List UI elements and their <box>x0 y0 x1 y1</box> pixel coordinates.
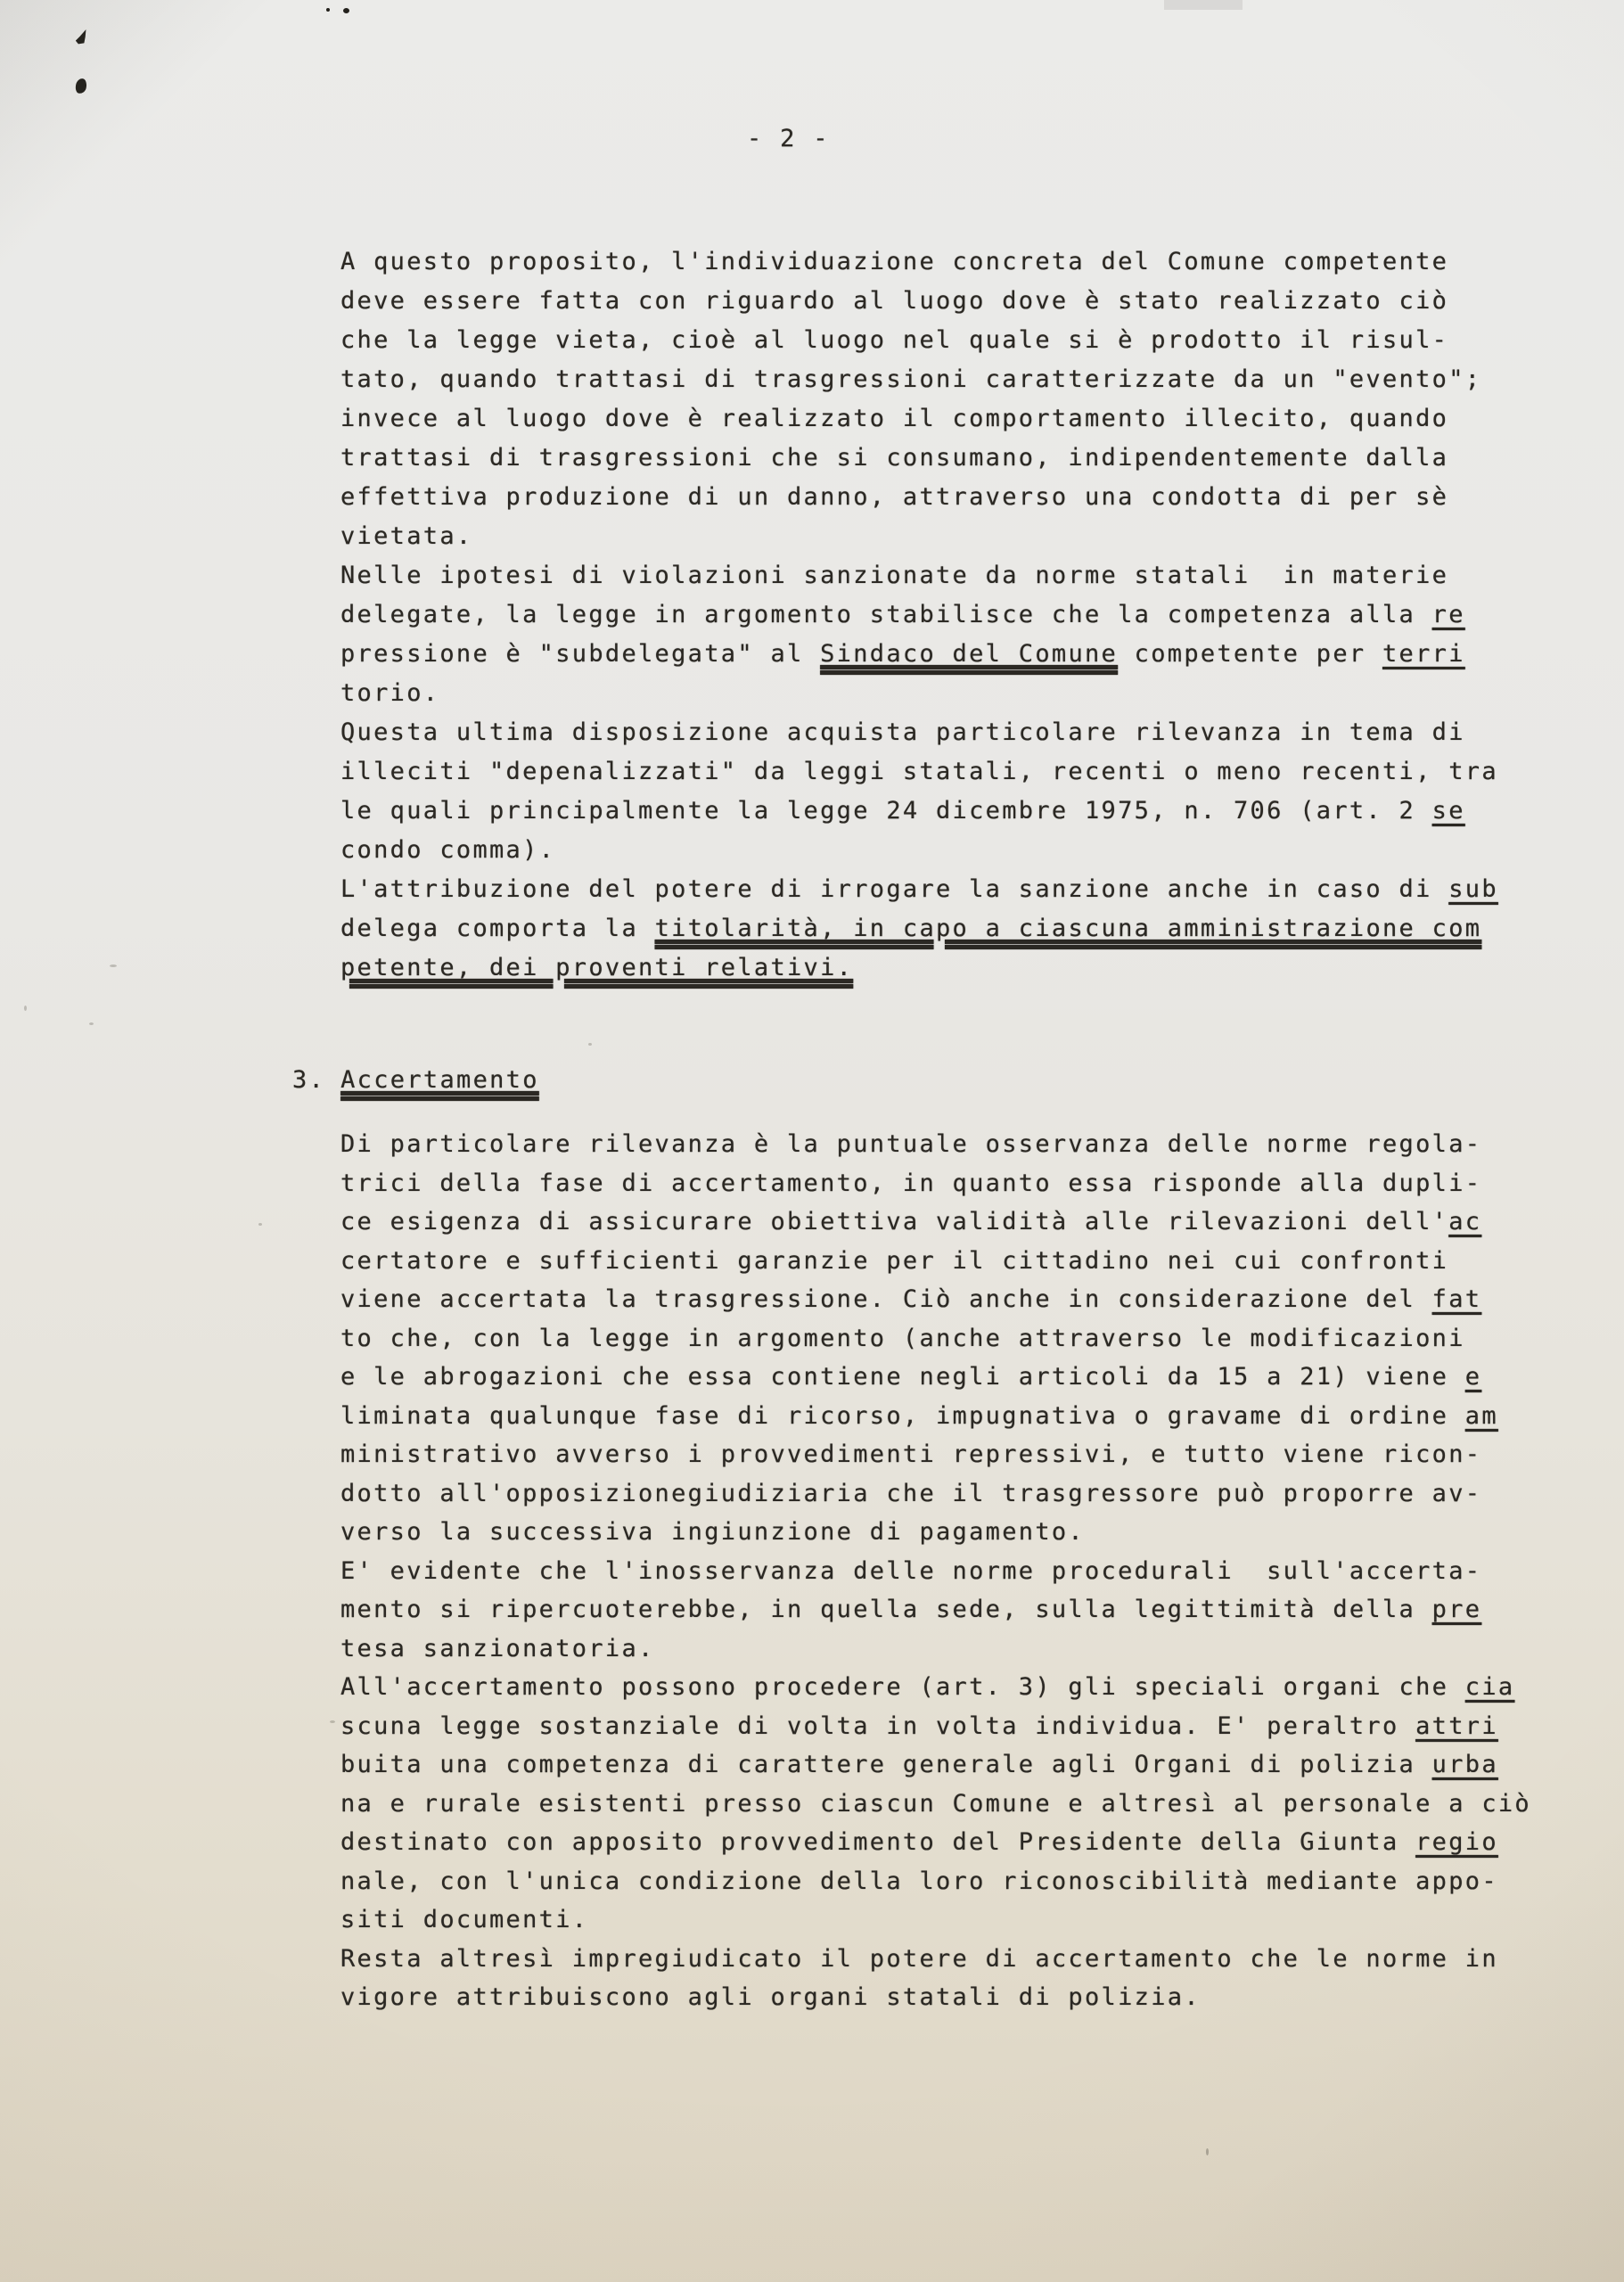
section-title: Accertamento <box>340 1066 539 1094</box>
text-line: scuna legge sostanziale di volta in volt… <box>340 1707 1531 1746</box>
text-segment: tato, quando trattasi di trasgressioni c… <box>340 365 1481 393</box>
text-segment: dotto all'opposizionegiudiziaria che il … <box>340 1480 1481 1507</box>
text-line: trattasi di trasgressioni che si consuma… <box>340 439 1498 478</box>
text-line: viene accertata la trasgressione. Ciò an… <box>340 1280 1531 1319</box>
text-line: tato, quando trattasi di trasgressioni c… <box>340 360 1498 399</box>
dust-speck <box>258 1223 262 1226</box>
text-line: Nelle ipotesi di violazioni sanzionate d… <box>340 556 1498 595</box>
text-segment: certatore e sufficienti garanzie per il … <box>340 1247 1448 1275</box>
text-line: vietata. <box>340 517 1498 556</box>
text-line: dotto all'opposizionegiudiziaria che il … <box>340 1474 1531 1514</box>
text-line: Questa ultima disposizione acquista part… <box>340 713 1498 752</box>
text-segment: siti documenti. <box>340 1906 588 1933</box>
text-segment: ministrativo avverso i provvedimenti rep… <box>340 1441 1481 1468</box>
text-line: invece al luogo dove è realizzato il com… <box>340 399 1498 439</box>
section-heading: 3.Accertamento <box>292 1061 539 1100</box>
scan-edge-patch <box>1164 0 1243 10</box>
text-line: buita una competenza di carattere genera… <box>340 1745 1531 1785</box>
text-segment: A questo proposito, l'individuazione con… <box>340 248 1448 275</box>
underlined-text-segment: urba <box>1432 1751 1498 1778</box>
dust-speck <box>330 1720 335 1723</box>
dust-speck <box>588 1043 592 1046</box>
ink-mark <box>73 29 90 45</box>
text-segment: na e rurale esistenti presso ciascun Com… <box>340 1790 1531 1818</box>
text-segment: che la legge vieta, cioè al luogo nel qu… <box>340 326 1448 354</box>
text-segment: invece al luogo dove è realizzato il com… <box>340 405 1448 432</box>
text-segment: le quali principalmente la legge 24 dice… <box>340 797 1432 825</box>
text-line: e le abrogazioni che essa contiene negli… <box>340 1358 1531 1397</box>
text-line: trici della fase di accertamento, in qua… <box>340 1164 1531 1203</box>
dust-speck <box>1206 2148 1209 2155</box>
text-line: delega comporta la titolarità, in capo a… <box>340 909 1498 948</box>
underlined-text-segment: Sindaco del Comune <box>820 640 1118 668</box>
text-line: pressione è "subdelegata" al Sindaco del… <box>340 635 1498 674</box>
underlined-text-segment: attri <box>1415 1712 1498 1740</box>
text-line: E' evidente che l'inosservanza delle nor… <box>340 1552 1531 1591</box>
text-line: le quali principalmente la legge 24 dice… <box>340 792 1498 831</box>
text-line: ce esigenza di assicurare obiettiva vali… <box>340 1203 1531 1242</box>
text-line: condo comma). <box>340 831 1498 870</box>
underlined-text-segment: terri <box>1382 640 1465 668</box>
text-segment: trici della fase di accertamento, in qua… <box>340 1170 1481 1197</box>
text-line: torio. <box>340 674 1498 713</box>
text-segment: E' evidente che l'inosservanza delle nor… <box>340 1557 1481 1585</box>
text-line: delegate, la legge in argomento stabilis… <box>340 595 1498 635</box>
dust-speck <box>110 965 117 967</box>
underlined-text-segment: sub <box>1448 875 1498 903</box>
paragraph-block-accertamento: Di particolare rilevanza è la puntuale o… <box>340 1125 1531 2017</box>
dust-speck <box>89 1022 94 1025</box>
text-segment: buita una competenza di carattere genera… <box>340 1751 1432 1778</box>
text-line: to che, con la legge in argomento (anche… <box>340 1319 1531 1359</box>
text-segment: to che, con la legge in argomento (anche… <box>340 1325 1465 1352</box>
text-segment: effettiva produzione di un danno, attrav… <box>340 483 1448 511</box>
underlined-text-segment: e <box>1465 1363 1482 1391</box>
section-number: 3. <box>292 1066 325 1094</box>
text-segment: pressione è "subdelegata" al <box>340 640 820 668</box>
text-line: deve essere fatta con riguardo al luogo … <box>340 282 1498 321</box>
text-line: mento si ripercuoterebbe, in quella sede… <box>340 1590 1531 1629</box>
text-line: verso la successiva ingiunzione di pagam… <box>340 1513 1531 1552</box>
text-segment: All'accertamento possono procedere (art.… <box>340 1673 1465 1701</box>
text-line: effettiva produzione di un danno, attrav… <box>340 478 1498 517</box>
text-segment: torio. <box>340 679 439 707</box>
text-line: All'accertamento possono procedere (art.… <box>340 1668 1531 1707</box>
text-segment: tesa sanzionatoria. <box>340 1635 655 1662</box>
text-segment: mento si ripercuoterebbe, in quella sede… <box>340 1596 1432 1623</box>
underlined-text-segment: titolarità, in capo a ciascuna amministr… <box>655 915 1482 942</box>
text-line: nale, con l'unica condizione della loro … <box>340 1862 1531 1901</box>
text-line: destinato con apposito provvedimento del… <box>340 1823 1531 1862</box>
text-segment: scuna legge sostanziale di volta in volt… <box>340 1712 1415 1740</box>
text-segment: liminata qualunque fase di ricorso, impu… <box>340 1402 1465 1430</box>
text-line: che la legge vieta, cioè al luogo nel qu… <box>340 321 1498 360</box>
ink-mark <box>75 78 88 94</box>
text-line: vigore attribuiscono agli organi statali… <box>340 1978 1531 2017</box>
text-segment: deve essere fatta con riguardo al luogo … <box>340 287 1448 315</box>
text-segment: verso la successiva ingiunzione di pagam… <box>340 1518 1085 1546</box>
page-number: - 2 - <box>747 125 830 152</box>
text-segment: Di particolare rilevanza è la puntuale o… <box>340 1130 1481 1158</box>
underlined-text-segment: ac <box>1448 1208 1481 1235</box>
underlined-text-segment: pre <box>1432 1596 1482 1623</box>
text-segment: delega comporta la <box>340 915 655 942</box>
underlined-text-segment: petente, dei proventi relativi. <box>340 954 853 981</box>
text-segment: e le abrogazioni che essa contiene negli… <box>340 1363 1465 1391</box>
text-segment: Nelle ipotesi di violazioni sanzionate d… <box>340 562 1448 589</box>
text-line: liminata qualunque fase di ricorso, impu… <box>340 1397 1531 1436</box>
underlined-text-segment: am <box>1465 1402 1498 1430</box>
text-segment: L'attribuzione del potere di irrogare la… <box>340 875 1448 903</box>
text-segment: nale, con l'unica condizione della loro … <box>340 1867 1498 1895</box>
text-line: tesa sanzionatoria. <box>340 1629 1531 1669</box>
text-line: Di particolare rilevanza è la puntuale o… <box>340 1125 1531 1164</box>
ink-dot <box>343 8 349 13</box>
underlined-text-segment: fat <box>1432 1285 1482 1313</box>
text-line: illeciti "depenalizzati" da leggi statal… <box>340 752 1498 792</box>
ink-dot <box>326 8 330 12</box>
underlined-text-segment: re <box>1432 601 1465 628</box>
text-segment: Questa ultima disposizione acquista part… <box>340 718 1465 746</box>
text-line: petente, dei proventi relativi. <box>340 948 1498 988</box>
scanned-document-page: - 2 - A questo proposito, l'individuazio… <box>0 0 1624 2282</box>
text-line: na e rurale esistenti presso ciascun Com… <box>340 1785 1531 1824</box>
text-segment: destinato con apposito provvedimento del… <box>340 1828 1415 1856</box>
text-segment: vietata. <box>340 522 472 550</box>
text-line: Resta altresì impregiudicato il potere d… <box>340 1940 1531 1979</box>
text-line: siti documenti. <box>340 1900 1531 1940</box>
text-segment: viene accertata la trasgressione. Ciò an… <box>340 1285 1432 1313</box>
paragraph-block-competenza: A questo proposito, l'individuazione con… <box>340 242 1498 988</box>
text-segment: illeciti "depenalizzati" da leggi statal… <box>340 758 1498 785</box>
text-line: L'attribuzione del potere di irrogare la… <box>340 870 1498 909</box>
text-segment: condo comma). <box>340 836 555 864</box>
text-segment: Resta altresì impregiudicato il potere d… <box>340 1945 1498 1973</box>
text-line: ministrativo avverso i provvedimenti rep… <box>340 1435 1531 1474</box>
text-segment: vigore attribuiscono agli organi statali… <box>340 1983 1201 2011</box>
underlined-text-segment: cia <box>1465 1673 1515 1701</box>
text-line: A questo proposito, l'individuazione con… <box>340 242 1498 282</box>
text-line: certatore e sufficienti garanzie per il … <box>340 1242 1531 1281</box>
text-segment: competente per <box>1118 640 1382 668</box>
text-segment: delegate, la legge in argomento stabilis… <box>340 601 1432 628</box>
underlined-text-segment: regio <box>1415 1828 1498 1856</box>
dust-speck <box>24 1006 27 1011</box>
text-segment: trattasi di trasgressioni che si consuma… <box>340 444 1448 472</box>
text-segment: ce esigenza di assicurare obiettiva vali… <box>340 1208 1448 1235</box>
underlined-text-segment: se <box>1432 797 1465 825</box>
